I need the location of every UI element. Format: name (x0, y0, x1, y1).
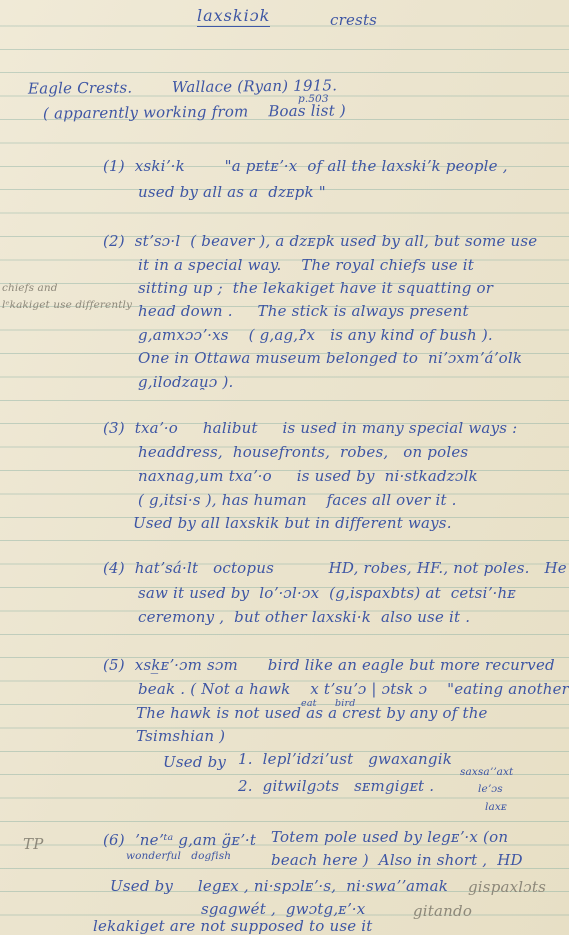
entry-3-line: ( g,itsi·s ), has human faces all over i… (138, 492, 457, 509)
page-subject: crests (330, 12, 377, 29)
entry-2-line: g,amxɔɔʼ·xs ( g,ag,ʔx is any kind of bus… (138, 327, 493, 344)
entry-5-used-by-item: 2. gitwilgɔts sᴇmgigᴇt . (238, 778, 434, 795)
entry-2-line: it in a special way. The royal chiefs us… (138, 257, 474, 274)
entry-5-line: Tsimshian ) (136, 728, 225, 745)
entry-6-term: (6) ʼneʼᵗᵃ g,am g̈ᴇʼ·t (103, 832, 256, 849)
page-title-text: laxskiɔk (197, 6, 270, 27)
entry-4-line: ceremony , but other laxski·k also use i… (138, 609, 470, 626)
entry-2-line: One in Ottawa museum belonged to niʼɔxmʼ… (138, 350, 522, 367)
entry-5-line: beak . ( Not a hawk x tʼsuʼɔ | ɔtsk ɔ "e… (138, 681, 569, 698)
margin-code-tp: TP (23, 836, 44, 853)
page-title: laxskiɔk (197, 7, 270, 25)
entry-6-used-by: Used by legᴇx , ni·spɔlᴇʼ·s, ni·swaʼʼama… (110, 878, 448, 895)
entry-3-line: headdress, housefronts, robes, on poles (138, 444, 468, 461)
margin-note-pencil: chiefs and (2, 283, 58, 295)
entry-2-line: head down . The stick is always present (138, 303, 469, 320)
entry-2-line: sitting up ; the lekakiget have it squat… (138, 280, 493, 297)
entry-6-desc-line: Totem pole used by legᴇʼ·x (on (271, 829, 508, 846)
entry-3-line: (3) txaʼ·o halibut is used in many speci… (103, 420, 517, 437)
entry-5-side-note: laxᴇ (485, 802, 507, 814)
entry-5-side-note: leʼɔs (478, 784, 503, 796)
entry-2-line: g,ilodzau̯ɔ ). (138, 374, 234, 391)
entry-1-line: used by all as a dzᴇpk " (138, 184, 326, 201)
entry-2-line: (2) stʼsɔ·l ( beaver ), a dzᴇpk used by … (103, 233, 537, 250)
notebook-page: laxskiɔk crests Eagle Crests. Wallace (R… (0, 0, 569, 935)
entry-3-line: naxnag,um txaʼ·o is used by ni·stkadzɔlk (138, 468, 478, 485)
entry-5-used-by-item: 1. leplʼidziʼust gwaxangik (238, 751, 452, 768)
entry-5-line: The hawk is not used as a crest by any o… (136, 705, 488, 722)
entry-6-used-by: sgagwét , gwɔtg,ᴇʼ·x (201, 901, 365, 918)
entry-6-desc-line: beach here ) Also in short , HD (271, 852, 523, 869)
entry-5-used-by-label: Used by (163, 754, 226, 771)
margin-note-pencil: lᵉkakiget use differently (2, 300, 132, 312)
source-attribution: Eagle Crests. Wallace (Ryan) 1915. (28, 77, 337, 97)
entry-3-line: Used by all laxskik but in different way… (133, 515, 452, 532)
entry-6-used-by-pencil: gitando (413, 903, 472, 920)
entry-5-side-note: saxsaʼʼaxt (460, 767, 513, 779)
entry-6-term-gloss: wonderful dogfish (126, 851, 231, 863)
entry-6-used-by-pencil: gispaxlɔts (468, 879, 546, 896)
entry-5-line: (5) xsk̲ᴇʼ·ɔm sɔm bird like an eagle but… (103, 657, 555, 674)
entry-1-line: (1) xskiʼ·k "a pᴇtᴇʼ·x of all the laxski… (103, 158, 508, 175)
source-note: ( apparently working from Boas list ) (43, 102, 346, 122)
entry-4-line: saw it used by loʼ·ɔl·ɔx (g,ispaxbts) at… (138, 585, 516, 602)
entry-6-note: lekakiget are not supposed to use it (93, 918, 373, 935)
entry-4-line: (4) hatʼsá·lt octopus HD, robes, HF., no… (103, 560, 567, 577)
